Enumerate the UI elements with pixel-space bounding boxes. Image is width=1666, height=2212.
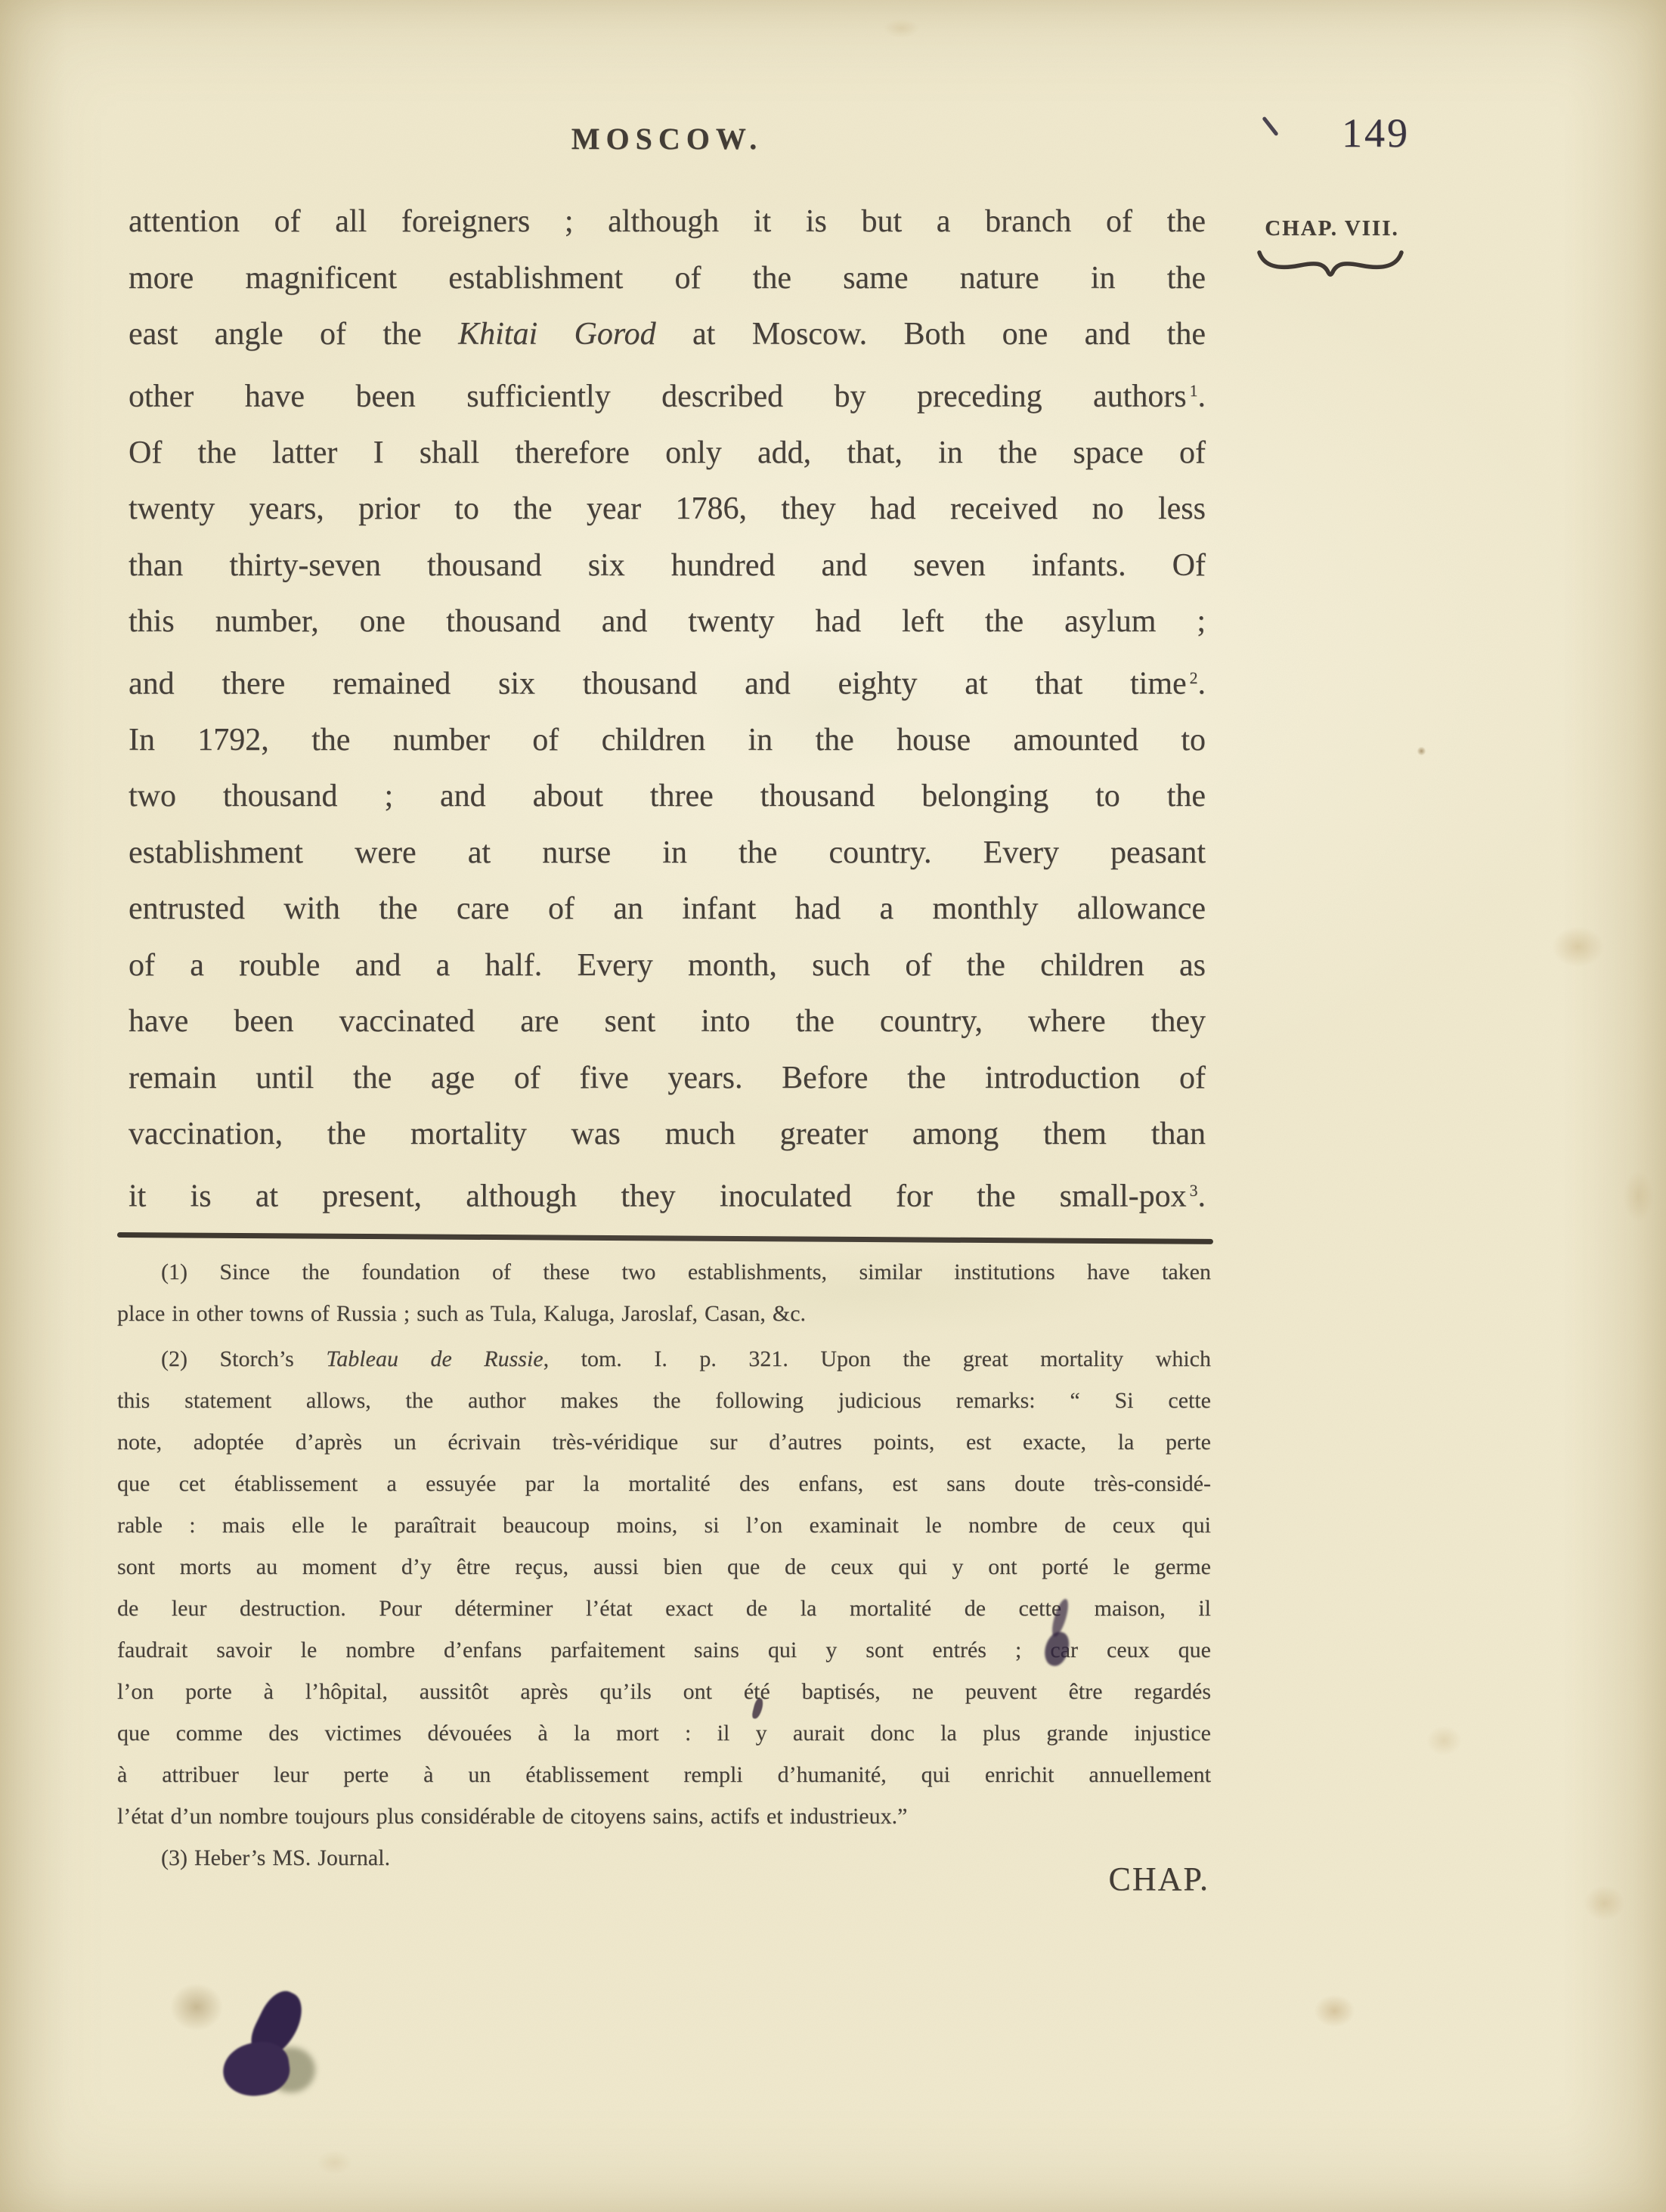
text-segment: que comme des victimes dévouées à la mor… [117, 1721, 1211, 1746]
text-line: (1) Since the foundation of these two es… [117, 1251, 1211, 1293]
text-line: sont morts au moment d’y être reçus, aus… [117, 1546, 1211, 1588]
text-line: que comme des victimes dévouées à la mor… [117, 1712, 1211, 1754]
text-segment: , tom. I. p. 321. Upon the great mortali… [543, 1346, 1211, 1371]
text-line: vaccination, the mortality was much grea… [129, 1106, 1206, 1163]
text-segment: this number, one thousand and twenty had… [129, 604, 1206, 639]
text-segment: than thirty-seven thousand six hundred a… [129, 548, 1206, 583]
text-line: que cet établissement a essuyée par la m… [117, 1463, 1211, 1504]
text-segment: de leur destruction. Pour déterminer l’é… [117, 1596, 1211, 1621]
text-segment: note, adoptée d’après un écrivain très-v… [117, 1430, 1211, 1455]
text-segment: other have been sufficiently described b… [129, 379, 1187, 414]
ink-blot-smear [267, 2047, 315, 2093]
footnote-2: (2) Storch’s Tableau de Russie, tom. I. … [117, 1338, 1211, 1837]
text-segment: 2 [1190, 669, 1198, 687]
text-segment: rable : mais elle le paraîtrait beaucoup… [117, 1513, 1211, 1538]
text-segment: of a rouble and a half. Every month, suc… [129, 948, 1206, 983]
text-segment: Of the latter I shall therefore only add… [129, 435, 1206, 470]
text-line: this statement allows, the author makes … [117, 1380, 1211, 1421]
text-segment: Tableau de Russie [326, 1346, 543, 1371]
text-segment: . [1198, 666, 1206, 701]
text-segment: 1 [1190, 382, 1198, 400]
text-line: entrusted with the care of an infant had… [129, 881, 1206, 937]
text-line: l’on porte à l’hôpital, aussitôt après q… [117, 1671, 1211, 1712]
text-segment: place in other towns of Russia ; such as… [117, 1301, 806, 1326]
stray-ink-mark [1262, 116, 1278, 137]
footnote-rule [117, 1232, 1213, 1244]
text-line: have been vaccinated are sent into the c… [129, 993, 1206, 1050]
text-line: place in other towns of Russia ; such as… [117, 1293, 1211, 1334]
text-line: note, adoptée d’après un écrivain très-v… [117, 1421, 1211, 1463]
text-line: more magnificent establishment of the sa… [129, 250, 1206, 307]
text-line: attention of all foreigners ; although i… [129, 194, 1206, 250]
text-line: east angle of the Khitai Gorod at Moscow… [129, 306, 1206, 363]
text-line: twenty years, prior to the year 1786, th… [129, 481, 1206, 538]
text-line: other have been sufficiently described b… [129, 363, 1206, 425]
text-line: faudrait savoir le nombre d’enfans parfa… [117, 1629, 1211, 1671]
text-line: (2) Storch’s Tableau de Russie, tom. I. … [117, 1338, 1211, 1380]
text-line: this number, one thousand and twenty had… [129, 593, 1206, 650]
text-segment: faudrait savoir le nombre d’enfans parfa… [117, 1637, 1050, 1662]
text-segment: . [1198, 379, 1206, 414]
text-segment: Khitai Gorod [458, 317, 656, 352]
catchword: CHAP. [129, 1860, 1209, 1898]
text-line: than thirty-seven thousand six hundred a… [129, 538, 1206, 594]
text-segment: it is at present, although they inoculat… [129, 1179, 1187, 1213]
footnote-1: (1) Since the foundation of these two es… [117, 1251, 1211, 1334]
text-segment: l’on porte à l’hôpital, aussitôt après q… [117, 1679, 744, 1704]
text-segment: have been vaccinated are sent into the c… [129, 1004, 1206, 1039]
text-segment: que cet établissement a essuyée par la m… [117, 1471, 1211, 1496]
text-line: l’état d’un nombre toujours plus considé… [117, 1795, 1211, 1837]
text-segment: this statement allows, the author makes … [117, 1388, 1211, 1413]
text-segment: (2) Storch’s [161, 1346, 326, 1371]
text-segment: In 1792, the number of children in the h… [129, 723, 1206, 757]
text-segment: east angle of the [129, 317, 458, 352]
text-line: à attribuer leur perte à un établissemen… [117, 1754, 1211, 1795]
text-segment: vaccination, the mortality was much grea… [129, 1117, 1206, 1151]
text-segment: . [1198, 1179, 1206, 1213]
text-segment: car [1050, 1637, 1078, 1662]
scanned-page: MOSCOW. 149 CHAP. VIII. attention of all… [0, 0, 1666, 2212]
text-segment: more magnificent establishment of the sa… [129, 261, 1206, 296]
text-segment: été [744, 1679, 770, 1704]
text-segment: 3 [1190, 1182, 1198, 1200]
text-segment: twenty years, prior to the year 1786, th… [129, 491, 1206, 526]
text-segment: ceux que [1078, 1637, 1211, 1662]
text-line: de leur destruction. Pour déterminer l’é… [117, 1588, 1211, 1629]
text-line: and there remained six thousand and eigh… [129, 650, 1206, 712]
text-line: rable : mais elle le paraîtrait beaucoup… [117, 1504, 1211, 1546]
text-line: two thousand ; and about three thousand … [129, 768, 1206, 825]
text-segment: baptisés, ne peuvent être regardés [770, 1679, 1211, 1704]
text-segment: at Moscow. Both one and the [656, 317, 1206, 352]
text-segment: à attribuer leur perte à un établissemen… [117, 1762, 1211, 1787]
text-segment: two thousand ; and about three thousand … [129, 779, 1206, 813]
ink-blot-upper-lobe [244, 1984, 310, 2064]
text-line: In 1792, the number of children in the h… [129, 712, 1206, 769]
margin-note-flourish-icon [1255, 246, 1406, 280]
text-line: establishment were at nurse in the count… [129, 825, 1206, 881]
text-segment: entrusted with the care of an infant had… [129, 891, 1206, 926]
ink-blot-lower-lobe [220, 2038, 293, 2100]
chapter-margin-note: CHAP. VIII. [1249, 216, 1415, 241]
text-line: Of the latter I shall therefore only add… [129, 425, 1206, 482]
text-line: remain until the age of five years. Befo… [129, 1050, 1206, 1107]
text-segment: remain until the age of five years. Befo… [129, 1061, 1206, 1095]
text-segment: l’état d’un nombre toujours plus considé… [117, 1804, 907, 1829]
running-head: MOSCOW. [129, 121, 1206, 156]
text-line: it is at present, although they inoculat… [129, 1163, 1206, 1225]
text-segment: and there remained six thousand and eigh… [129, 666, 1187, 701]
text-segment: sont morts au moment d’y être reçus, aus… [117, 1554, 1211, 1579]
text-segment: establishment were at nurse in the count… [129, 835, 1206, 870]
text-segment: (1) Since the foundation of these two es… [161, 1259, 1211, 1284]
ink-blot [214, 1988, 327, 2109]
text-segment: attention of all foreigners ; although i… [129, 204, 1206, 239]
page-number: 149 [1342, 110, 1410, 156]
text-line: of a rouble and a half. Every month, suc… [129, 937, 1206, 994]
body-text: attention of all foreigners ; although i… [129, 194, 1206, 1225]
